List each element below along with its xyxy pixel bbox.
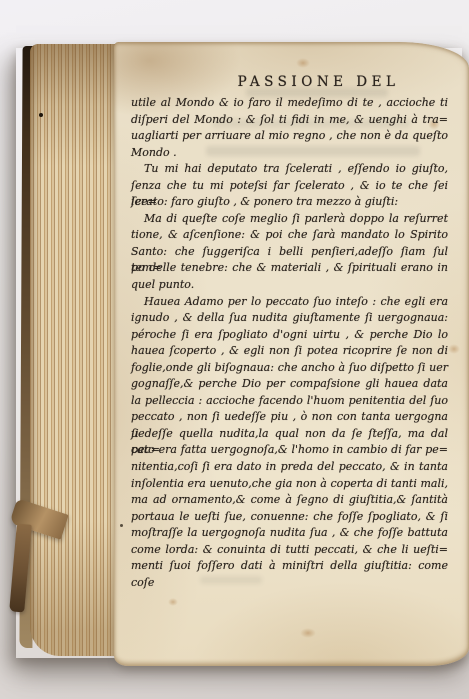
page-stack-edge: [30, 44, 122, 656]
text-line: ſenza che tu mi poteſsi far ſcelerato , …: [131, 178, 448, 195]
photo-of-book: PASSIONE DEL utile al Mondo & io faro il…: [0, 0, 469, 699]
text-line: Mondo .: [131, 145, 448, 162]
text-line: moſtraſſe la uergognoſa nudita ſua , & c…: [131, 525, 448, 542]
text-line: menti ſuoi foſſero dati à miniſtri della…: [131, 558, 448, 575]
text-line: come lorda: & conuinta di tutti peccati,…: [131, 542, 448, 559]
text-line: Santo: che ſuggeriſca i belli penſieri,a…: [131, 244, 448, 261]
foxing-spot: [300, 628, 316, 638]
text-line: ma ad ornamento,& come à ſegno di giuſti…: [131, 492, 448, 509]
text-line: peccato , non ſi uedeſſe piu , ò non con…: [131, 409, 448, 426]
text-line: tione, & aſcenſione: & poi che ſarà mand…: [131, 227, 448, 244]
text-line: uedeſſe quella nudita,la qual non da ſe …: [131, 426, 448, 443]
foxing-spot: [168, 598, 178, 606]
foxing-spot: [448, 344, 460, 354]
running-header: PASSIONE DEL: [160, 74, 469, 95]
text-line: nitentia,coſi ſi era dato in preda del p…: [131, 459, 448, 476]
text-line: quel punto.: [131, 277, 448, 294]
text-line: diſperi del Mondo : & ſol ti fidi in me,…: [131, 112, 448, 129]
text-line: lerato: faro giuſto , & ponero tra mezzo…: [131, 194, 448, 211]
showthrough-smudge: [200, 576, 262, 584]
text-line: Tu mi hai deputato tra ſcelerati , eſſen…: [131, 161, 448, 178]
text-line: cato era fatta uergognoſa,& l'homo in ca…: [131, 442, 448, 459]
text-line: ignudo , & della ſua nudita giuſtamente …: [131, 310, 448, 327]
foxing-spot: [296, 58, 310, 68]
text-line: inſolentia era uenuto,che gia non à cope…: [131, 476, 448, 493]
text-line: po delle tenebre: che & materiali , & ſp…: [131, 260, 448, 277]
ink-speck: [120, 524, 123, 527]
text-line: péroche ſi era ſpogliato d'ogni uirtu , …: [131, 327, 448, 344]
ink-speck: [39, 113, 43, 117]
text-line: gognaſſe,& perche Dio per compaſsione gl…: [131, 376, 448, 393]
body-text-lines: utile al Mondo & io faro il medeſimo di …: [131, 95, 448, 575]
text-line: Ma di queſte coſe meglio ſi parlerà dopp…: [131, 211, 448, 228]
text-line: foglie,onde gli biſognaua: che ancho à ſ…: [131, 360, 448, 377]
text-line: uagliarti per arriuare al mio regno , ch…: [131, 128, 448, 145]
text-line: la pelleccia : accioche facendo l'huom p…: [131, 393, 448, 410]
text-line: hauea ſcoperto , & egli non ſi potea ric…: [131, 343, 448, 360]
text-line: Hauea Adamo per lo peccato ſuo inteſo : …: [131, 294, 448, 311]
text-line: utile al Mondo & io faro il medeſimo di …: [131, 95, 448, 112]
text-block: PASSIONE DEL utile al Mondo & io faro il…: [131, 74, 448, 575]
text-line: portaua le ueſti ſue, conuenne: che foſſ…: [131, 509, 448, 526]
